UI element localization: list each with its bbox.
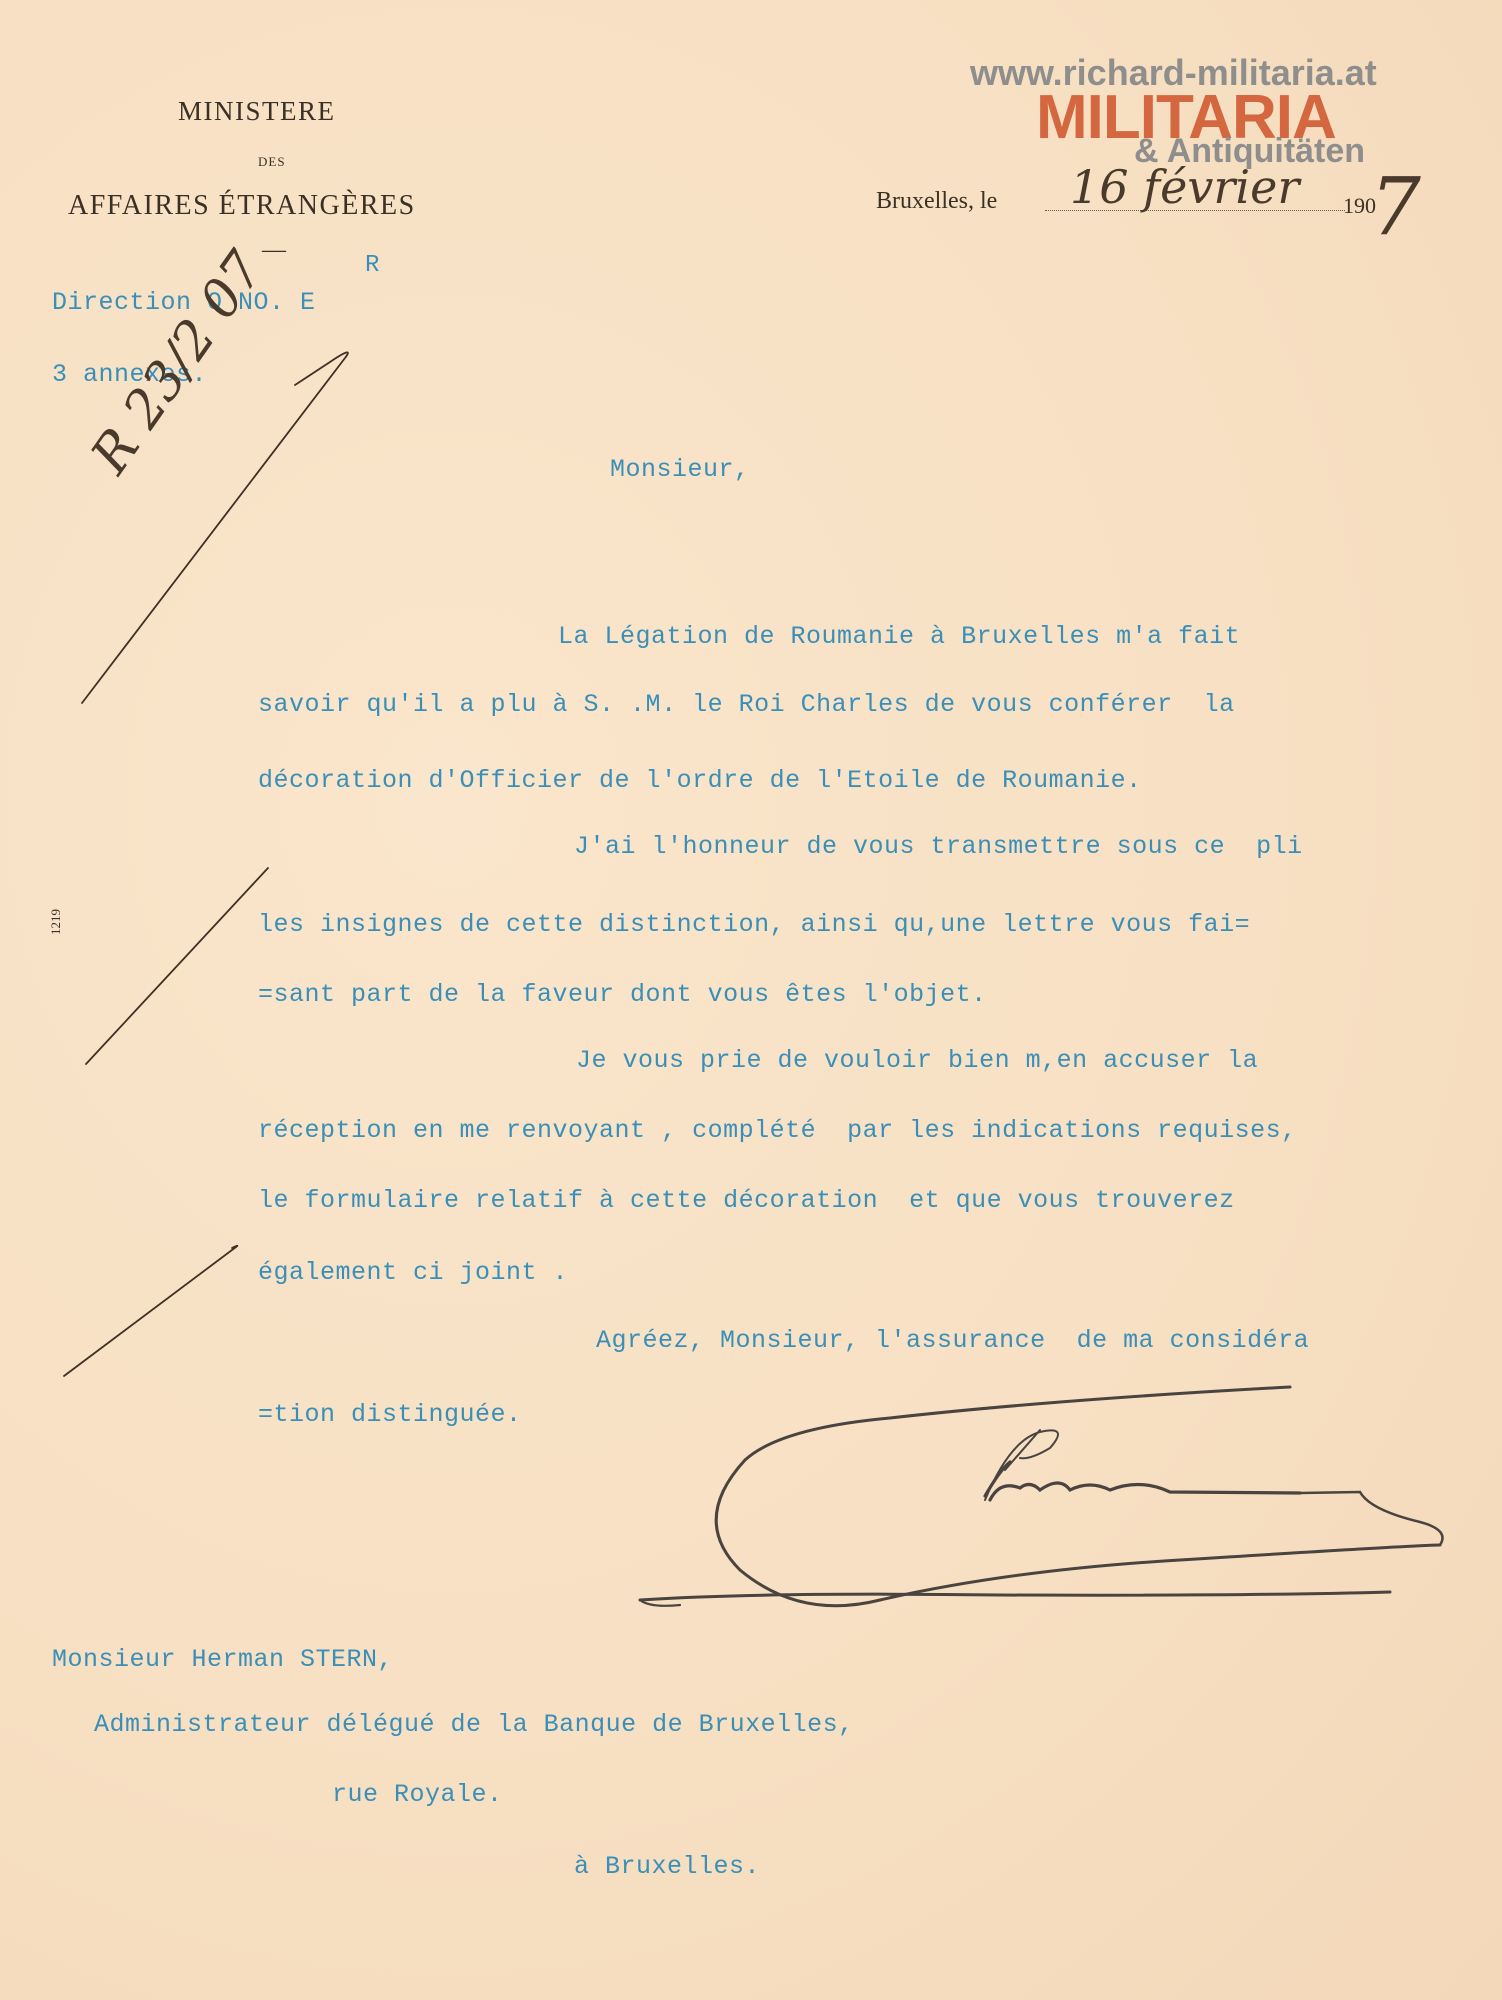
signature-icon <box>640 1387 1443 1606</box>
margin-slash-upper <box>86 868 268 1064</box>
ink-strokes <box>0 0 1502 2000</box>
margin-slash-lower <box>64 1246 237 1376</box>
reference-slash-stroke <box>82 352 348 703</box>
